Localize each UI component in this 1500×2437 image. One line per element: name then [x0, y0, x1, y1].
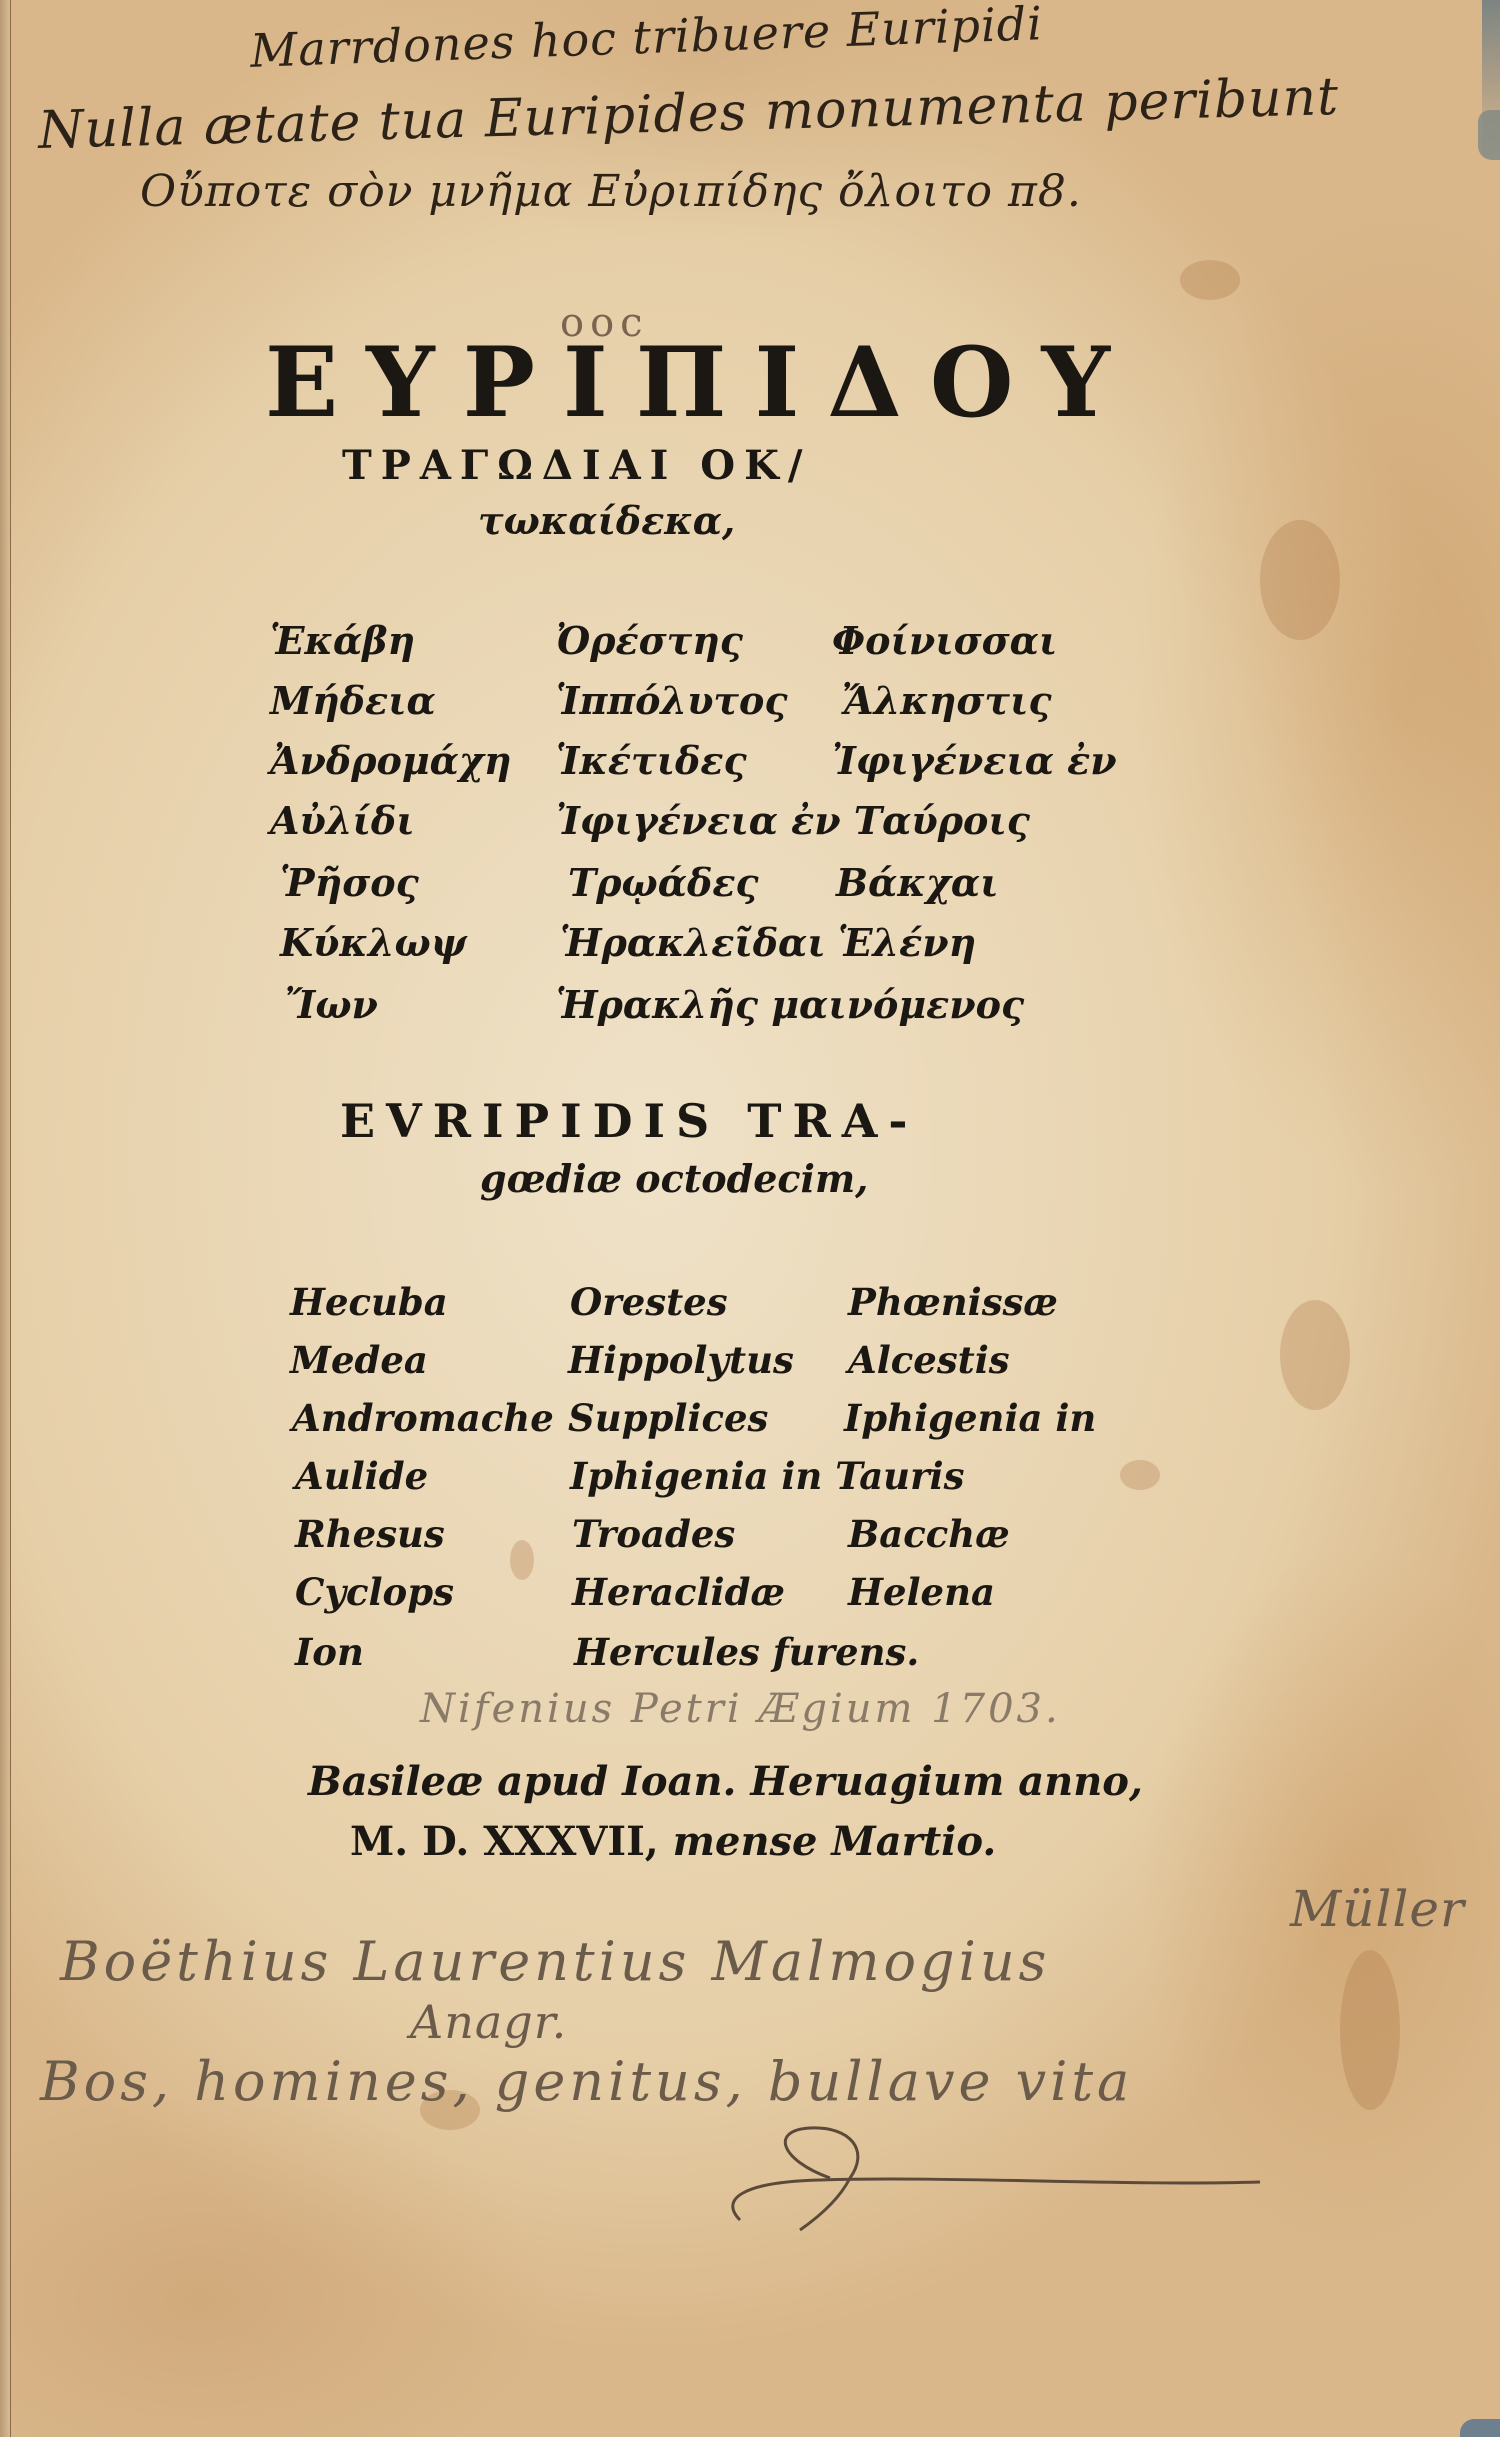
play-title: Αὐλίδι — [270, 802, 415, 840]
play-title: Hercules furens. — [574, 1634, 919, 1671]
page-binding-edge — [0, 0, 11, 2437]
play-title: Alcestis — [848, 1342, 1010, 1379]
play-title: Τρῳάδες — [568, 864, 759, 902]
play-title: Ἑλένη — [838, 924, 976, 962]
play-title: Ion — [295, 1634, 364, 1671]
play-title: Helena — [848, 1574, 995, 1611]
edge-stain — [1478, 110, 1500, 160]
play-title: Cyclops — [295, 1574, 454, 1611]
play-title: Ῥῆσος — [280, 864, 419, 902]
imprint-month: mense Martio. — [673, 1818, 997, 1865]
play-title: Μήδεια — [270, 682, 436, 720]
play-title: Iphigenia in — [844, 1400, 1096, 1437]
play-title: Aulide — [295, 1458, 428, 1495]
inscription-top-line: Οὔποτε σὸν μνῆμα Εὐριπίδης ὄλοιτο π8. — [140, 166, 1082, 217]
subtitle-greek-line1: ΤΡΑΓΩΔΙΑΙ ΟΚ/ — [342, 446, 812, 486]
play-title: Ἰφιγένεια ἐν Ταύροις — [556, 802, 1030, 840]
imprint-line1: Basileæ apud Ioan. Heruagium anno, — [308, 1762, 1143, 1802]
play-title: Ἱππόλυτος — [556, 682, 788, 720]
subtitle-latin: gœdiæ octodecim, — [480, 1160, 868, 1198]
play-title: Troades — [572, 1516, 735, 1553]
play-title: Ἄλκηστις — [842, 682, 1051, 720]
inscription-bottom-line: Bos, homines, genitus, bullave vita — [40, 2050, 1133, 2113]
play-title: Iphigenia in Tauris — [570, 1458, 964, 1495]
play-title: Φοίνισσαι — [832, 622, 1057, 660]
edge-stain — [1460, 2419, 1500, 2437]
foxing-spot — [1260, 520, 1340, 640]
foxing-spot — [1120, 1460, 1160, 1490]
play-title: Ὀρέστης — [556, 622, 743, 660]
play-title: Medea — [290, 1342, 428, 1379]
inscription-bottom-line: Anagr. — [410, 1995, 567, 2049]
foxing-spot — [1280, 1300, 1350, 1410]
book-title-page: Marrdones hoc tribuere Euripidi Nulla æt… — [0, 0, 1500, 2437]
inscription-bottom-line: Boëthius Laurentius Malmogius — [60, 1930, 1050, 1993]
play-title: Κύκλωψ — [280, 924, 466, 962]
pen-flourish — [700, 2120, 1300, 2240]
play-title: Ἡρακλῆς μαινόμενος — [556, 986, 1024, 1024]
play-title: Rhesus — [295, 1516, 445, 1553]
play-title: Ἑκάβη — [270, 622, 415, 660]
play-title: Βάκχαι — [836, 864, 998, 902]
signature-right: Müller — [1290, 1880, 1465, 1938]
subtitle-greek-line2: τωκαίδεκα, — [478, 502, 735, 540]
play-title: Ἀνδρομάχη — [270, 742, 512, 780]
play-title: Hecuba — [290, 1284, 448, 1321]
inscription-top-line: Nulla ætate tua Euripides monumenta peri… — [37, 67, 1339, 161]
title-greek: ΕΥΡΙΠΙΔΟΥ — [265, 335, 1138, 431]
play-title: Hippolytus — [568, 1342, 794, 1379]
play-title: Andromache — [292, 1400, 554, 1437]
play-title: Ἱκέτιδες — [556, 742, 747, 780]
play-title: Phœnissæ — [848, 1284, 1058, 1321]
play-title: Supplices — [568, 1400, 768, 1437]
play-title: Bacchæ — [848, 1516, 1010, 1553]
play-title: Ἡρακλεῖδαι — [560, 924, 826, 962]
imprint-date: M. D. XXXVII, — [350, 1818, 659, 1865]
title-latin: EVRIPIDIS TRA- — [340, 1098, 919, 1144]
foxing-spot — [1340, 1950, 1400, 2110]
imprint-line2: M. D. XXXVII, mense Martio. — [350, 1822, 996, 1862]
inscription-top-line: Marrdones hoc tribuere Euripidi — [249, 0, 1043, 78]
play-title: Ἰφιγένεια ἐν — [832, 742, 1117, 780]
play-title: Heraclidæ — [572, 1574, 785, 1611]
foxing-spot — [510, 1540, 534, 1580]
play-title: Ἴων — [285, 986, 378, 1024]
foxing-spot — [1180, 260, 1240, 300]
ownership-note: Nifenius Petri Ægium 1703. — [420, 1686, 1061, 1732]
play-title: Orestes — [570, 1284, 728, 1321]
